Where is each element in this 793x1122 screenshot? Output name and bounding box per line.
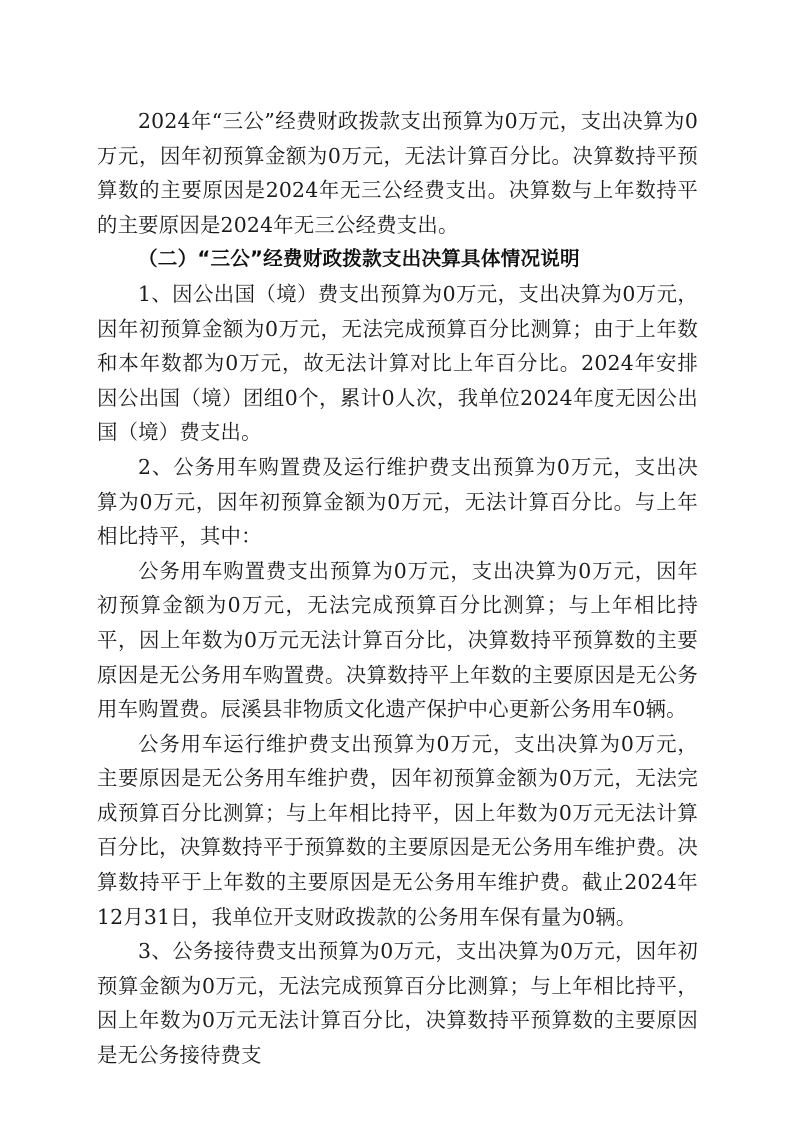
document-page: 2024年“三公”经费财政拨款支出预算为0万元，支出决算为0万元，因年初预算金额… <box>97 104 698 1073</box>
paragraph-vehicle-maintenance: 公务用车运行维护费支出预算为0万元，支出决算为0万元，主要原因是无公务用车维护费… <box>97 727 698 935</box>
paragraph-reception: 3、公务接待费支出预算为0万元，支出决算为0万元，因年初预算金额为0万元，无法完… <box>97 934 698 1072</box>
paragraph-vehicle-total: 2、公务用车购置费及运行维护费支出预算为0万元，支出决算为0万元，因年初预算金额… <box>97 450 698 554</box>
paragraph-vehicle-purchase: 公务用车购置费支出预算为0万元，支出决算为0万元，因年初预算金额为0万元，无法完… <box>97 554 698 727</box>
paragraph-overseas-travel: 1、因公出国（境）费支出预算为0万元，支出决算为0万元，因年初预算金额为0万元，… <box>97 277 698 450</box>
paragraph-summary: 2024年“三公”经费财政拨款支出预算为0万元，支出决算为0万元，因年初预算金额… <box>97 104 698 242</box>
section-heading: （二）“三公”经费财政拨款支出决算具体情况说明 <box>97 242 698 277</box>
